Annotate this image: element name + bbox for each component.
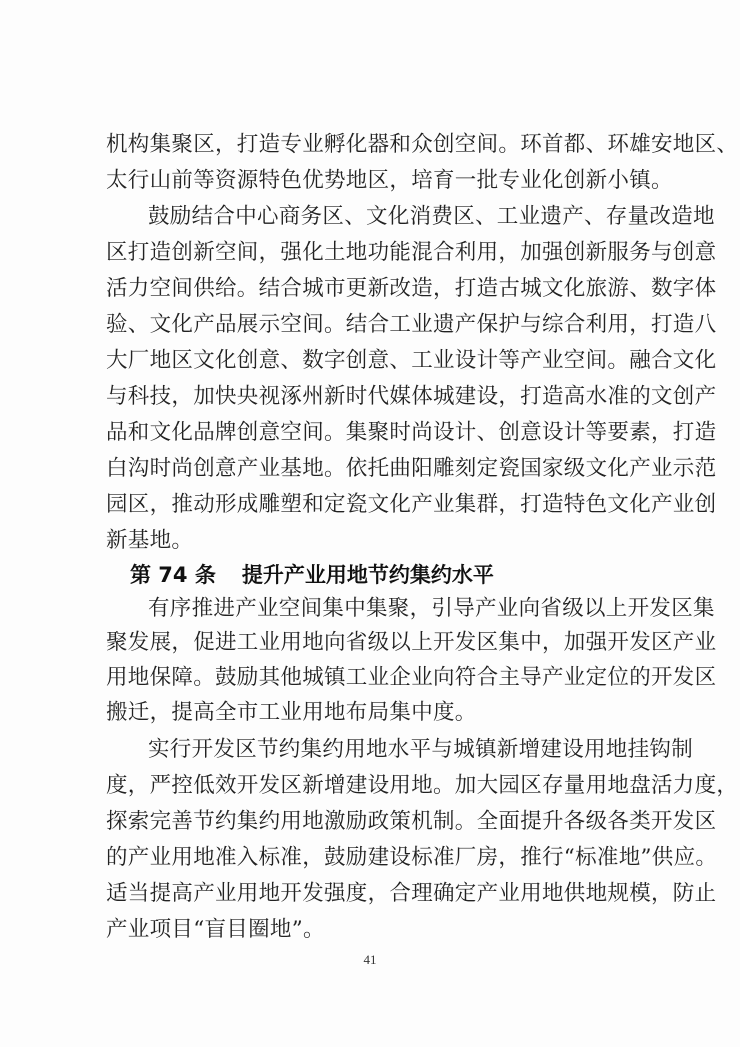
text-line: 鼓励结合中心商务区、文化消费区、工业遗产、存量改造地 (148, 204, 642, 230)
text-line: 实行开发区节约集约用地水平与城镇新增建设用地挂钩制 (148, 737, 642, 763)
text-line: 度，严控低效开发区新增建设用地。加大园区存量用地盘活力度， (106, 773, 642, 799)
text-line: 与科技，加快央视涿州新时代媒体城建设，打造高水准的文创产 (106, 384, 642, 410)
text-line: 品和文化品牌创意空间。集聚时尚设计、创意设计等要素，打造 (106, 420, 642, 446)
text-line: 白沟时尚创意产业基地。依托曲阳雕刻定瓷国家级文化产业示范 (106, 456, 642, 482)
text-line: 验、文化产品展示空间。结合工业遗产保护与综合利用，打造八 (106, 312, 642, 338)
article-number: 第 74 条 (130, 563, 216, 587)
text-line: 新基地。 (106, 528, 642, 554)
article-heading: 第 74 条提升产业用地节约集约水平 (130, 562, 494, 588)
text-line: 适当提高产业用地开发强度，合理确定产业用地供地规模，防止 (106, 881, 642, 907)
text-line: 园区，推动形成雕塑和定瓷文化产业集群，打造特色文化产业创 (106, 492, 642, 518)
page-number: 41 (0, 952, 740, 968)
text-line: 活力空间供给。结合城市更新改造，打造古城文化旅游、数字体 (106, 276, 642, 302)
text-line: 用地保障。鼓励其他城镇工业企业向符合主导产业定位的开发区 (106, 665, 642, 691)
text-line: 机构集聚区，打造专业孵化器和众创空间。环首都、环雄安地区、 (106, 132, 642, 158)
article-title: 提升产业用地节约集约水平 (242, 563, 494, 587)
text-line: 的产业用地准入标准，鼓励建设标准厂房，推行“标准地”供应。 (106, 845, 642, 871)
text-line: 大厂地区文化创意、数字创意、工业设计等产业空间。融合文化 (106, 348, 642, 374)
document-page: 机构集聚区，打造专业孵化器和众创空间。环首都、环雄安地区、 太行山前等资源特色优… (0, 0, 740, 1047)
text-line: 聚发展，促进工业用地向省级以上开发区集中，加强开发区产业 (106, 630, 642, 656)
text-line: 探索完善节约集约用地激励政策机制。全面提升各级各类开发区 (106, 809, 642, 835)
text-line: 区打造创新空间，强化土地功能混合利用，加强创新服务与创意 (106, 240, 642, 266)
text-line: 搬迁，提高全市工业用地布局集中度。 (106, 700, 642, 726)
text-line: 有序推进产业空间集中集聚，引导产业向省级以上开发区集 (148, 596, 642, 622)
text-line: 太行山前等资源特色优势地区，培育一批专业化创新小镇。 (106, 168, 642, 194)
text-line: 产业项目“盲目圈地”。 (106, 917, 642, 943)
